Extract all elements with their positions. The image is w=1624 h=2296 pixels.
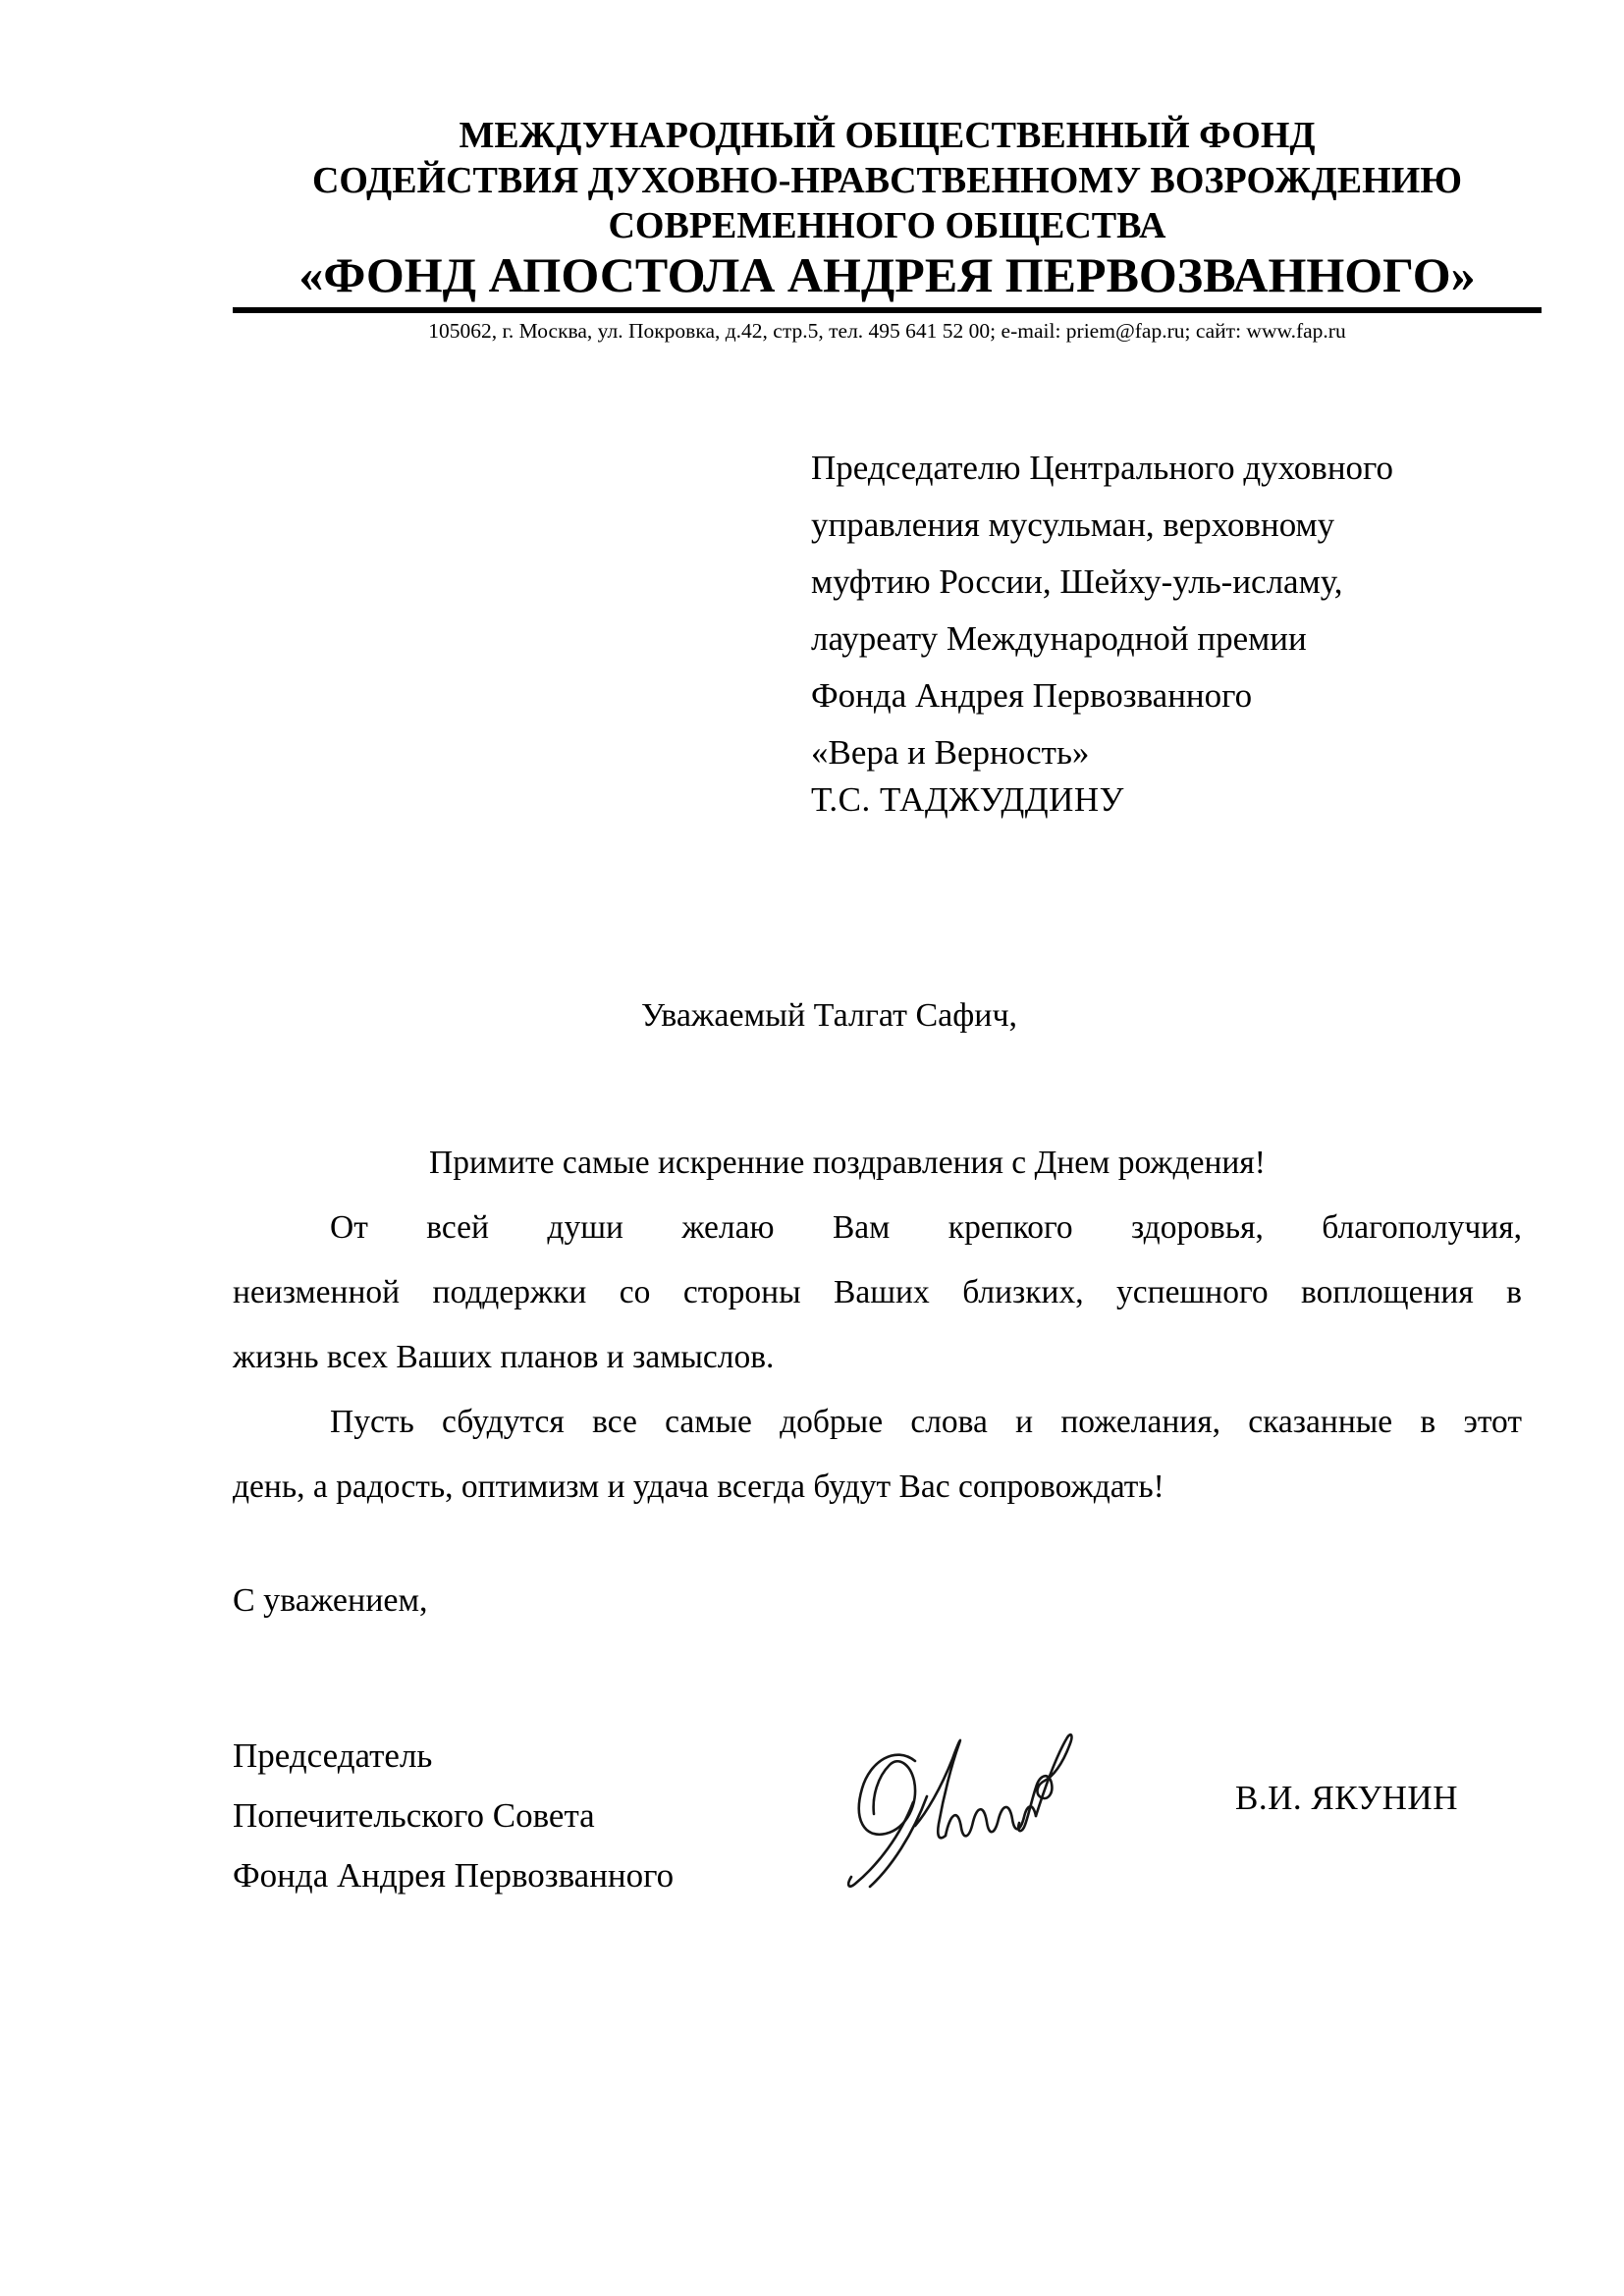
letterhead-org-line-1: МЕЖДУНАРОДНЫЙ ОБЩЕСТВЕННЫЙ ФОНД: [233, 114, 1542, 157]
letter-body: Примите самые искренние поздравления с Д…: [233, 1131, 1522, 1520]
handwritten-signature-image: [805, 1679, 1139, 1953]
recipient-address-line: Фонда Андрея Первозванного: [811, 667, 1498, 724]
letterhead-contact-line: 105062, г. Москва, ул. Покровка, д.42, с…: [233, 318, 1542, 344]
recipient-address-block: Председателю Центрального духовногоуправ…: [811, 440, 1498, 781]
letterhead-rule: [233, 307, 1542, 313]
body-paragraph-3: Пусть сбудутся все самые добрые слова и …: [233, 1390, 1522, 1520]
recipient-address-line: управления мусульман, верховному: [811, 497, 1498, 554]
recipient-address-line: Председателю Центрального духовного: [811, 440, 1498, 497]
body-paragraph-2-line: жизнь всех Ваших планов и замыслов.: [233, 1325, 1522, 1390]
body-paragraph-1: Примите самые искренние поздравления с Д…: [233, 1131, 1522, 1196]
salutation: Уважаемый Талгат Сафич,: [641, 997, 1017, 1035]
closing-salutation: С уважением,: [233, 1582, 428, 1620]
letterhead-org-line-3: СОВРЕМЕННОГО ОБЩЕСТВА: [233, 204, 1542, 247]
body-paragraph-2-line: От всей души желаю Вам крепкого здоровья…: [233, 1196, 1522, 1260]
body-paragraph-2-line: неизменной поддержки со стороны Ваших бл…: [233, 1260, 1522, 1325]
letterhead-org-line-2: СОДЕЙСТВИЯ ДУХОВНО-НРАВСТВЕННОМУ ВОЗРОЖД…: [233, 159, 1542, 202]
body-paragraph-3-line: Пусть сбудутся все самые добрые слова и …: [233, 1390, 1522, 1455]
letter-page: МЕЖДУНАРОДНЫЙ ОБЩЕСТВЕННЫЙ ФОНД СОДЕЙСТВ…: [0, 0, 1624, 2296]
signer-name: В.И. ЯКУНИН: [1235, 1779, 1458, 1818]
addressee-name: Т.С. ТАДЖУДДИНУ: [811, 780, 1124, 820]
recipient-address-line: лауреату Международной премии: [811, 611, 1498, 667]
letterhead-org-name: «ФОНД АПОСТОЛА АНДРЕЯ ПЕРВОЗВАННОГО»: [233, 247, 1542, 302]
body-paragraph-2: От всей души желаю Вам крепкого здоровья…: [233, 1196, 1522, 1390]
recipient-address-line: муфтию России, Шейху-уль-исламу,: [811, 554, 1498, 611]
recipient-address-line: «Вера и Верность»: [811, 724, 1498, 781]
body-paragraph-3-line: день, а радость, оптимизм и удача всегда…: [233, 1455, 1522, 1520]
